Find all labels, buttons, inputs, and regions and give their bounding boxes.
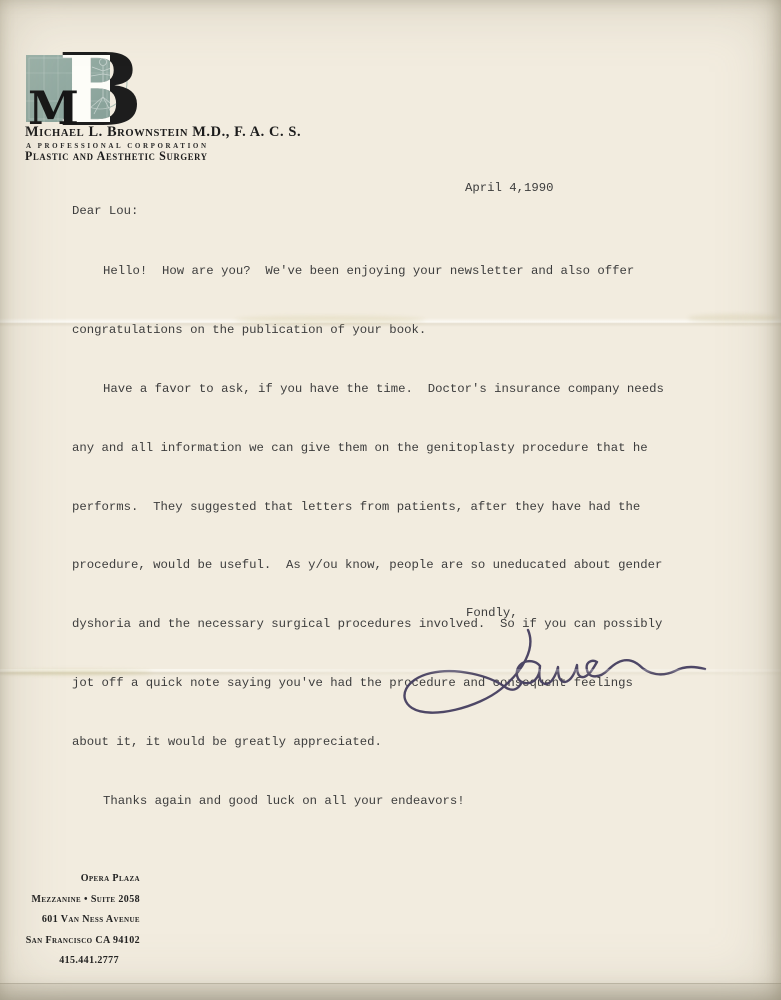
body-line: performs. They suggested that letters fr… (72, 492, 712, 523)
letterhead-logo: B B M (24, 45, 154, 130)
body-line: Have a favor to ask, if you have the tim… (72, 374, 712, 405)
practice-line: Plastic and Aesthetic Surgery (25, 149, 208, 164)
body-line: Hello! How are you? We've been enjoying … (72, 256, 712, 287)
body-line: about it, it would be greatly appreciate… (72, 727, 712, 758)
footer-line-street: 601 Van Ness Avenue (18, 910, 140, 931)
footer-address: Opera Plaza Mezzanine • Suite 2058 601 V… (18, 869, 140, 972)
signature (393, 616, 718, 728)
letter-date: April 4,1990 (465, 181, 554, 195)
salutation: Dear Lou: (72, 204, 138, 218)
scanned-letter-page: B B M Michael L. Brownstein M.D., F. A. … (0, 0, 781, 1000)
doctor-name: Michael L. Brownstein M.D., F. A. C. S. (25, 124, 301, 141)
body-line: any and all information we can give them… (72, 433, 712, 464)
logo-letter-m: M (28, 81, 79, 130)
letter-body: Hello! How are you? We've been enjoying … (72, 228, 712, 845)
footer-line-phone: 415.441.2777 (18, 951, 140, 972)
body-line: procedure, would be useful. As y/ou know… (72, 550, 712, 581)
footer-line-building: Opera Plaza (18, 869, 140, 890)
scan-bottom-edge (0, 983, 781, 1000)
signature-stroke (517, 660, 705, 684)
footer-line-city: San Francisco CA 94102 (18, 931, 140, 952)
body-line: congratulations on the publication of yo… (72, 315, 712, 346)
signature-stroke (404, 630, 530, 713)
body-line: Thanks again and good luck on all your e… (72, 786, 712, 817)
footer-line-suite: Mezzanine • Suite 2058 (18, 890, 140, 911)
